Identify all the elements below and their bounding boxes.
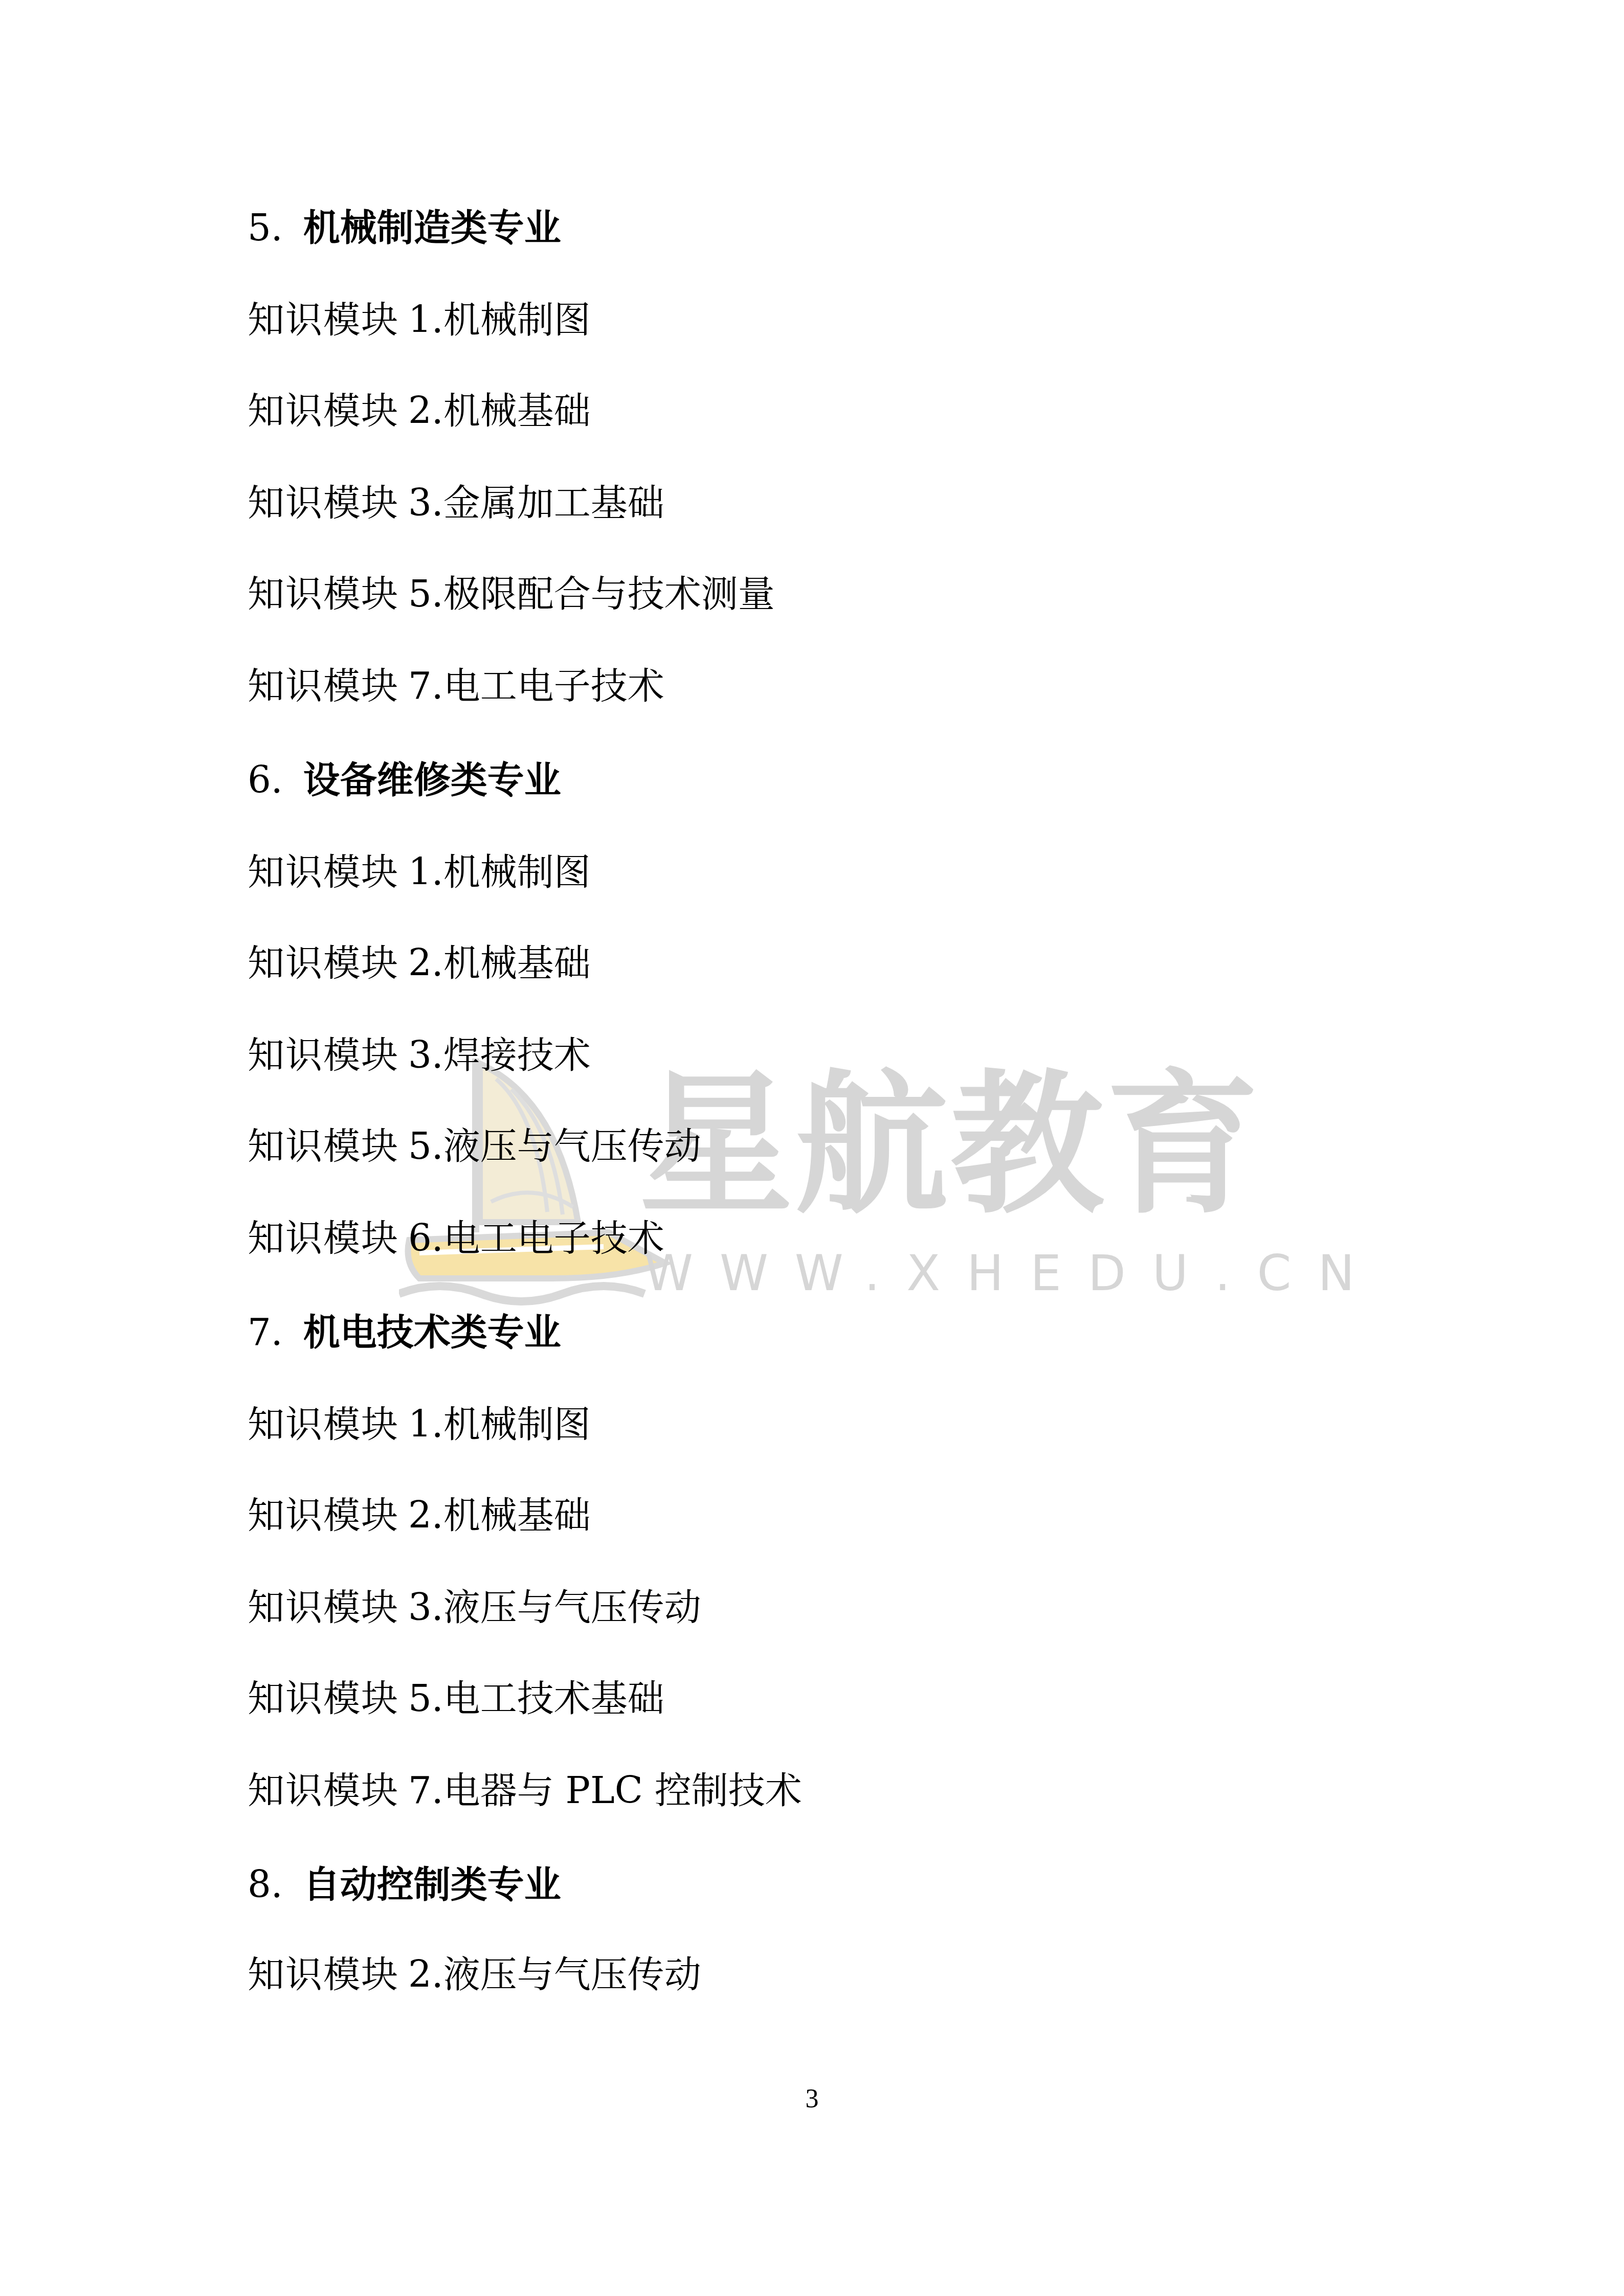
list-item: 知识模块7.电工电子技术 bbox=[248, 663, 664, 709]
list-item: 知识模块2.液压与气压传动 bbox=[248, 1951, 701, 1997]
list-item: 知识模块2.机械基础 bbox=[248, 940, 591, 986]
section-heading-5: 5.机械制造类专业 bbox=[248, 205, 561, 251]
watermark-brand: 星航教育 bbox=[639, 1064, 1261, 1227]
watermark-url: WWW.XHEDU.CN bbox=[644, 1245, 1381, 1301]
list-item: 知识模块5.电工技术基础 bbox=[248, 1675, 664, 1721]
list-item: 知识模块1.机械制图 bbox=[248, 297, 591, 343]
list-item: 知识模块3.金属加工基础 bbox=[248, 480, 664, 526]
list-item: 知识模块2.机械基础 bbox=[248, 388, 591, 434]
list-item: 知识模块3.液压与气压传动 bbox=[248, 1584, 701, 1630]
list-item: 知识模块2.机械基础 bbox=[248, 1492, 591, 1538]
sailboat-icon bbox=[399, 1038, 685, 1324]
section-title: 自动控制类专业 bbox=[303, 1863, 561, 1906]
list-item: 知识模块1.机械制图 bbox=[248, 1401, 591, 1447]
list-item: 知识模块3.焊接技术 bbox=[248, 1032, 591, 1078]
section-title: 设备维修类专业 bbox=[303, 758, 561, 801]
section-title: 机电技术类专业 bbox=[303, 1311, 561, 1354]
section-heading-6: 6.设备维修类专业 bbox=[248, 757, 561, 803]
section-number: 8. bbox=[248, 1863, 283, 1906]
list-item: 知识模块6.电工电子技术 bbox=[248, 1215, 664, 1261]
list-item: 知识模块1.机械制图 bbox=[248, 849, 591, 895]
page-number: 3 bbox=[0, 2084, 1624, 2114]
section-number: 7. bbox=[248, 1311, 283, 1354]
document-page: 5.机械制造类专业 知识模块1.机械制图 知识模块2.机械基础 知识模块3.金属… bbox=[0, 0, 1624, 2296]
section-number: 6. bbox=[248, 758, 283, 801]
watermark: 星航教育 WWW.XHEDU.CN bbox=[399, 1038, 1320, 1324]
list-item: 知识模块7.电器与 PLC 控制技术 bbox=[248, 1767, 802, 1813]
list-item: 知识模块5.极限配合与技术测量 bbox=[248, 571, 775, 617]
list-item: 知识模块5.液压与气压传动 bbox=[248, 1123, 701, 1169]
section-heading-8: 8.自动控制类专业 bbox=[248, 1861, 561, 1907]
section-number: 5. bbox=[248, 206, 283, 249]
section-heading-7: 7.机电技术类专业 bbox=[248, 1309, 561, 1355]
section-title: 机械制造类专业 bbox=[303, 206, 561, 249]
